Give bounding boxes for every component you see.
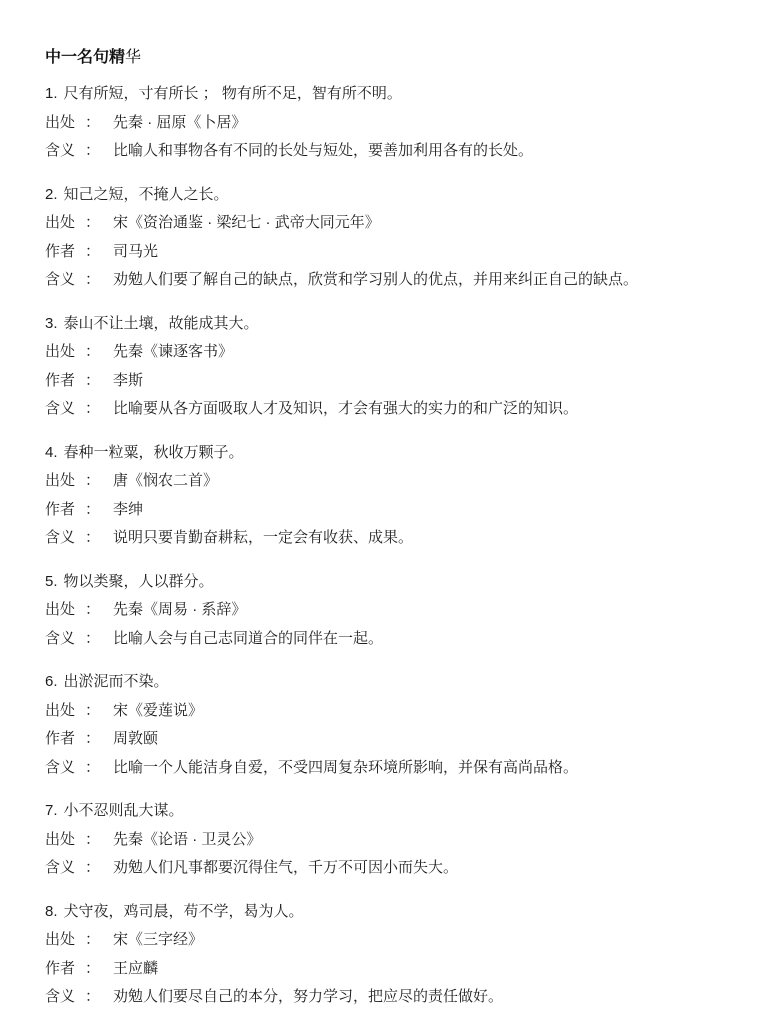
quote-entry-1: 1. 尺有所短，寸有所长 ； 物有所不足，智有所不明。 出处 ： 先秦 · 屈原…	[45, 80, 728, 166]
entry-number: 4.	[45, 439, 58, 468]
quote-entry-8: 8. 犬守夜，鸡司晨，苟不学，曷为人。 出处 ： 宋《三字经》 作者 ： 王应麟…	[45, 898, 728, 1012]
page-title-main: 中一名句精	[45, 49, 125, 66]
meaning-row: 含义 ： 比喻要从各方面吸取人才及知识，才会有强大的实力的和广泛的知识。	[45, 395, 728, 424]
quote-line: 2. 知己之短，不掩人之长。	[45, 181, 728, 210]
quote-entry-2: 2. 知己之短，不掩人之长。 出处 ： 宋《资治通鉴 · 梁纪七 · 武帝大同元…	[45, 181, 728, 295]
row-colon: ：	[85, 983, 100, 1012]
row-value: 唐《悯农二首》	[113, 467, 728, 496]
row-label: 作者	[45, 496, 75, 525]
row-value: 劝勉人们要了解自己的缺点，欣赏和学习别人的优点，并用来纠正自己的缺点。	[113, 266, 728, 295]
row-label: 含义	[45, 854, 75, 883]
row-value: 先秦《论语 · 卫灵公》	[113, 826, 728, 855]
row-label: 作者	[45, 367, 75, 396]
quote-text: 物以类聚，人以群分。	[64, 568, 728, 597]
quote-line: 8. 犬守夜，鸡司晨，苟不学，曷为人。	[45, 898, 728, 927]
entry-number: 8.	[45, 898, 58, 927]
quote-entry-7: 7. 小不忍则乱大谋。 出处 ： 先秦《论语 · 卫灵公》 含义 ： 劝勉人们凡…	[45, 797, 728, 883]
row-label: 含义	[45, 395, 75, 424]
row-label: 含义	[45, 625, 75, 654]
row-label: 作者	[45, 955, 75, 984]
row-label: 出处	[45, 109, 75, 138]
source-row: 出处 ： 宋《资治通鉴 · 梁纪七 · 武帝大同元年》	[45, 209, 728, 238]
row-colon: ：	[85, 137, 100, 166]
row-colon: ：	[85, 754, 100, 783]
row-value: 先秦《周易 · 系辞》	[113, 596, 728, 625]
source-row: 出处 ： 先秦《谏逐客书》	[45, 338, 728, 367]
row-label: 含义	[45, 754, 75, 783]
entry-number: 3.	[45, 310, 58, 339]
entry-number: 2.	[45, 181, 58, 210]
source-row: 出处 ： 先秦《周易 · 系辞》	[45, 596, 728, 625]
row-value: 劝勉人们要尽自己的本分，努力学习，把应尽的责任做好。	[113, 983, 728, 1012]
row-value: 王应麟	[113, 955, 728, 984]
quote-line: 3. 泰山不让土壤，故能成其大。	[45, 310, 728, 339]
row-colon: ：	[85, 524, 100, 553]
row-colon: ：	[85, 266, 100, 295]
meaning-row: 含义 ： 劝勉人们凡事都要沉得住气，千万不可因小而失大。	[45, 854, 728, 883]
quote-entry-4: 4. 春种一粒粟，秋收万颗子。 出处 ： 唐《悯农二首》 作者 ： 李绅 含义 …	[45, 439, 728, 553]
quote-entry-6: 6. 出淤泥而不染。 出处 ： 宋《爱莲说》 作者 ： 周敦颐 含义 ： 比喻一…	[45, 668, 728, 782]
source-row: 出处 ： 宋《三字经》	[45, 926, 728, 955]
row-colon: ：	[85, 209, 100, 238]
row-colon: ：	[85, 338, 100, 367]
quote-line: 1. 尺有所短，寸有所长 ； 物有所不足，智有所不明。	[45, 80, 728, 109]
row-value: 比喻一个人能洁身自爱，不受四周复杂环境所影响，并保有高尚品格。	[113, 754, 728, 783]
row-value: 宋《爱莲说》	[113, 697, 728, 726]
row-label: 出处	[45, 926, 75, 955]
author-row: 作者 ： 司马光	[45, 238, 728, 267]
quote-text: 出淤泥而不染。	[64, 668, 728, 697]
row-value: 说明只要肯勤奋耕耘，一定会有收获、成果。	[113, 524, 728, 553]
source-row: 出处 ： 先秦 · 屈原《卜居》	[45, 109, 728, 138]
source-row: 出处 ： 唐《悯农二首》	[45, 467, 728, 496]
meaning-row: 含义 ： 劝勉人们要尽自己的本分，努力学习，把应尽的责任做好。	[45, 983, 728, 1012]
author-row: 作者 ： 李绅	[45, 496, 728, 525]
row-label: 含义	[45, 137, 75, 166]
row-value: 比喻要从各方面吸取人才及知识，才会有强大的实力的和广泛的知识。	[113, 395, 728, 424]
page-title: 中一名句精华	[45, 44, 728, 72]
row-label: 含义	[45, 983, 75, 1012]
quote-text: 泰山不让土壤，故能成其大。	[64, 310, 728, 339]
source-row: 出处 ： 先秦《论语 · 卫灵公》	[45, 826, 728, 855]
row-label: 出处	[45, 209, 75, 238]
meaning-row: 含义 ： 劝勉人们要了解自己的缺点，欣赏和学习别人的优点，并用来纠正自己的缺点。	[45, 266, 728, 295]
quote-text: 知己之短，不掩人之长。	[64, 181, 728, 210]
row-colon: ：	[85, 238, 100, 267]
meaning-row: 含义 ： 说明只要肯勤奋耕耘，一定会有收获、成果。	[45, 524, 728, 553]
quote-entry-5: 5. 物以类聚，人以群分。 出处 ： 先秦《周易 · 系辞》 含义 ： 比喻人会…	[45, 568, 728, 654]
row-label: 出处	[45, 338, 75, 367]
page-title-tail: 华	[125, 49, 141, 66]
row-colon: ：	[85, 826, 100, 855]
quote-text: 犬守夜，鸡司晨，苟不学，曷为人。	[64, 898, 728, 927]
row-colon: ：	[85, 854, 100, 883]
row-label: 出处	[45, 697, 75, 726]
row-colon: ：	[85, 725, 100, 754]
source-row: 出处 ： 宋《爱莲说》	[45, 697, 728, 726]
quote-line: 6. 出淤泥而不染。	[45, 668, 728, 697]
quote-entry-3: 3. 泰山不让土壤，故能成其大。 出处 ： 先秦《谏逐客书》 作者 ： 李斯 含…	[45, 310, 728, 424]
row-colon: ：	[85, 467, 100, 496]
author-row: 作者 ： 周敦颐	[45, 725, 728, 754]
row-value: 宋《资治通鉴 · 梁纪七 · 武帝大同元年》	[113, 209, 728, 238]
row-colon: ：	[85, 926, 100, 955]
meaning-row: 含义 ： 比喻人会与自己志同道合的同伴在一起。	[45, 625, 728, 654]
entry-number: 7.	[45, 797, 58, 826]
row-colon: ：	[85, 955, 100, 984]
row-colon: ：	[85, 496, 100, 525]
row-label: 含义	[45, 266, 75, 295]
row-value: 先秦 · 屈原《卜居》	[113, 109, 728, 138]
row-label: 作者	[45, 238, 75, 267]
row-label: 出处	[45, 596, 75, 625]
row-colon: ：	[85, 697, 100, 726]
row-colon: ：	[85, 625, 100, 654]
quote-line: 4. 春种一粒粟，秋收万颗子。	[45, 439, 728, 468]
entry-number: 5.	[45, 568, 58, 597]
row-label: 含义	[45, 524, 75, 553]
row-colon: ：	[85, 395, 100, 424]
author-row: 作者 ： 李斯	[45, 367, 728, 396]
quote-text: 尺有所短，寸有所长 ； 物有所不足，智有所不明。	[64, 80, 728, 109]
row-value: 司马光	[113, 238, 728, 267]
document-page: 中一名句精华 1. 尺有所短，寸有所长 ； 物有所不足，智有所不明。 出处 ： …	[0, 0, 768, 1012]
row-value: 劝勉人们凡事都要沉得住气，千万不可因小而失大。	[113, 854, 728, 883]
row-value: 比喻人会与自己志同道合的同伴在一起。	[113, 625, 728, 654]
quote-text: 春种一粒粟，秋收万颗子。	[64, 439, 728, 468]
quote-line: 5. 物以类聚，人以群分。	[45, 568, 728, 597]
row-label: 作者	[45, 725, 75, 754]
author-row: 作者 ： 王应麟	[45, 955, 728, 984]
meaning-row: 含义 ： 比喻人和事物各有不同的长处与短处，要善加利用各有的长处。	[45, 137, 728, 166]
row-value: 李绅	[113, 496, 728, 525]
quote-text: 小不忍则乱大谋。	[64, 797, 728, 826]
row-value: 周敦颐	[113, 725, 728, 754]
row-value: 比喻人和事物各有不同的长处与短处，要善加利用各有的长处。	[113, 137, 728, 166]
meaning-row: 含义 ： 比喻一个人能洁身自爱，不受四周复杂环境所影响，并保有高尚品格。	[45, 754, 728, 783]
row-value: 李斯	[113, 367, 728, 396]
quote-line: 7. 小不忍则乱大谋。	[45, 797, 728, 826]
row-value: 宋《三字经》	[113, 926, 728, 955]
entry-number: 1.	[45, 80, 58, 109]
row-value: 先秦《谏逐客书》	[113, 338, 728, 367]
row-label: 出处	[45, 826, 75, 855]
row-colon: ：	[85, 367, 100, 396]
entry-number: 6.	[45, 668, 58, 697]
row-colon: ：	[85, 596, 100, 625]
row-label: 出处	[45, 467, 75, 496]
row-colon: ：	[85, 109, 100, 138]
